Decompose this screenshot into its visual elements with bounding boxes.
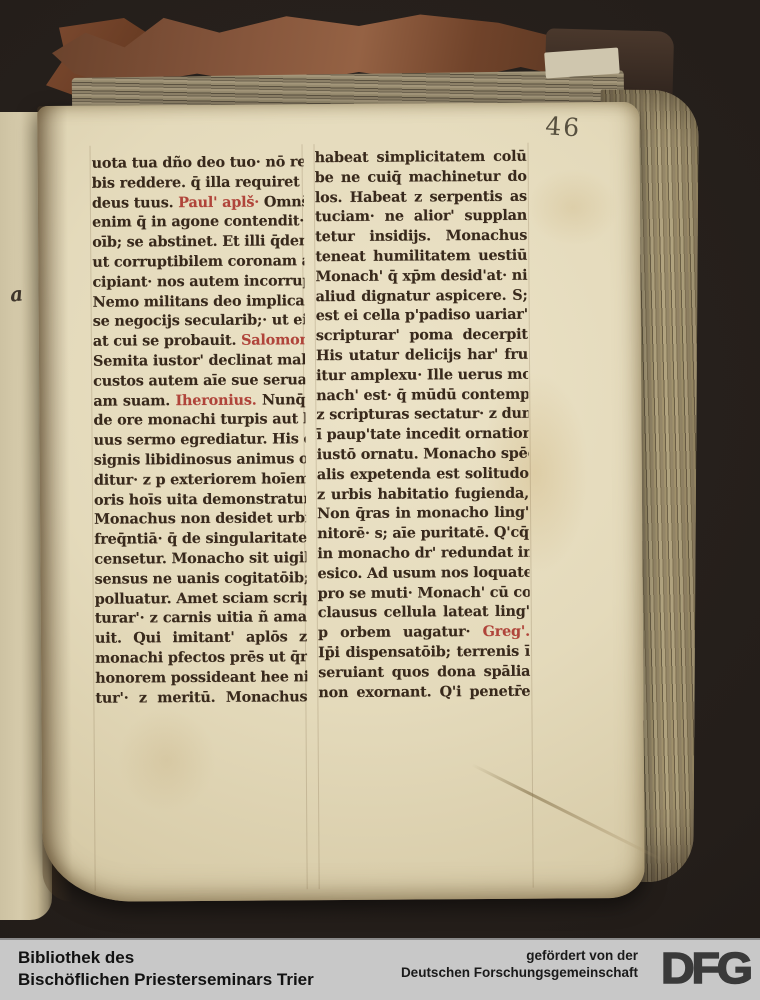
manuscript-line: alis expetenda est solitudo [317, 463, 529, 484]
manuscript-line: ut corruptibilem coronam ac [92, 251, 304, 272]
manuscript-line: est ei cella p'padiso uariar' [316, 305, 528, 326]
manuscript-line: honorem possideant hee nitan [95, 667, 307, 688]
manuscript-line: nitorē· s; aīe puritatē. Q'cq̄d [317, 523, 529, 544]
gutter-shadow [37, 106, 73, 902]
manuscript-line: uit. Qui imitant' aplōs z [95, 627, 307, 648]
manuscript-line: monachi pfectos prēs ut q̄r' [95, 647, 307, 668]
manuscript-line: se negocijs secularib;· ut ei place [93, 311, 305, 332]
funding-attribution: gefördert von der Deutschen Forschungsge… [401, 948, 638, 981]
digitized-manuscript-photo: a 46 uota tua dño deo tuo· nō retarbis r… [0, 0, 760, 1000]
manuscript-line: iustō ornatu. Monacho spēci [317, 444, 529, 465]
manuscript-line: turar'· z carnis uitia ñ ama [95, 608, 307, 629]
manuscript-line: bis reddere. q̄ illa requiret dñs [92, 172, 304, 193]
manuscript-line: uota tua dño deo tuo· nō retar [92, 152, 304, 173]
library-line2: Bischöflichen Priesterseminars Trier [18, 969, 314, 991]
manuscript-line: clausus cellula lateat ling' [318, 602, 530, 623]
manuscript-line: ditur· z p exteriorem hoīem intī [94, 469, 306, 490]
manuscript-line: custos autem aīe sue seruat ui [93, 370, 305, 391]
manuscript-line: ī paup'tate incedit ornatior [316, 424, 528, 445]
manuscript-line: nach' est· q̄ mūdū contempnit [316, 384, 528, 405]
rubric-text: Greg'. [483, 623, 530, 640]
manuscript-line: p orbem uagatur· Greg'. [318, 622, 530, 643]
manuscript-line: tetur insidijs. Monachus [315, 226, 527, 247]
manuscript-line: be ne cuiq̄ machinetur do [315, 166, 527, 187]
manuscript-line: esico. Ad usum nos loquates [317, 562, 529, 583]
funding-line1: gefördert von der [401, 948, 638, 965]
manuscript-line: oris hoīs uita demonstratur. [94, 489, 306, 510]
manuscript-line: censetur. Monacho sit uigil [94, 548, 306, 569]
manuscript-line: am suam. Iheronius. Nunq̄ [93, 390, 305, 411]
manuscript-line: non exornant. Q'i penetr̄e [318, 681, 530, 702]
manuscript-line: Monach' q̄ xp̄m desid'at· nich' [315, 265, 527, 286]
library-line1: Bibliothek des [18, 947, 314, 969]
manuscript-line: Nemo militans deo implicat [93, 291, 305, 312]
manuscript-line: His utatur delicijs har' fru [316, 345, 528, 366]
manuscript-line: los. Habeat z serpentis as [315, 186, 527, 207]
manuscript-line: itur amplexu· Ille uerus mo [316, 364, 528, 385]
rubric-text: Paul' aplš· [178, 193, 259, 211]
parchment-crease [471, 763, 665, 862]
manuscript-line: in monacho dr' redundat in [317, 543, 529, 564]
manuscript-line: sensus ne uanis cogitatōib; [94, 568, 306, 589]
funding-line2: Deutschen Forschungsgemeinschaft [401, 965, 638, 982]
manuscript-line: freq̄ntiā· q̄ de singularitate [94, 528, 306, 549]
text-column-left: uota tua dño deo tuo· nō retarbis redder… [92, 152, 308, 708]
manuscript-line: aliud dignatur aspicere. S; [315, 285, 527, 306]
manuscript-line: z scripturas sectatur· z dum [316, 404, 528, 425]
manuscript-line: Semita iustor' declinat mala [93, 350, 305, 371]
manuscript-line: de ore monachi turpis aut lasci [93, 410, 305, 431]
manuscript-line: Ip̄i dispensatōib; terrenis ī [318, 642, 530, 663]
manuscript-line: z urbis habitatio fugienda, [317, 483, 529, 504]
manuscript-line: habeat simplicitatem colū [315, 147, 527, 168]
protruding-paper-edge [544, 47, 620, 78]
manuscript-line: scripturar' poma decerpit [316, 325, 528, 346]
manuscript-line: teneat humilitatem uestiū [315, 246, 527, 267]
manuscript-line: tur'· z meritū. Monachus [95, 687, 307, 708]
manuscript-line: oīb; se abstinet. Et illi q̄dem [92, 231, 304, 252]
manuscript-line: enim q̄ in agone contendit· ab [92, 212, 304, 233]
manuscript-line: signis libidinosus animus ostē [94, 449, 306, 470]
manuscript-line: Non q̄ras in monacho ling' [317, 503, 529, 524]
folio-number: 46 [545, 111, 583, 142]
manuscript-line: at cui se probauit. Salomon· [93, 330, 305, 351]
digitization-banner: Bibliothek des Bischöflichen Priestersem… [0, 938, 760, 1000]
rubric-text: Salomon· [241, 331, 305, 349]
manuscript-line: tuciam· ne alior' supplan [315, 206, 527, 227]
text-column-right: habeat simplicitatem colūbe ne cuiq̄ mac… [315, 147, 531, 703]
manuscript-line: pro se muti· Monach' cū corpe [318, 582, 530, 603]
manuscript-line: seruiant quos dona spālia [318, 661, 530, 682]
manuscript-line: uus sermo egrediatur. His eñ [93, 429, 305, 450]
rubric-text: Iheronius. [175, 391, 256, 409]
manuscript-line: cipiant· nos autem incorruptā [92, 271, 304, 292]
manuscript-page: 46 uota tua dño deo tuo· nō retarbis red… [37, 102, 645, 902]
manuscript-line: deus tuus. Paul' aplš· Omns̄ [92, 192, 304, 213]
dfg-logo: DFG [661, 944, 750, 994]
manuscript-line: Monachus non desidet urbiū [94, 509, 306, 530]
manuscript-line: polluatur. Amet sciam scrip [95, 588, 307, 609]
facing-page-letter-fragment: a [9, 281, 24, 306]
library-attribution: Bibliothek des Bischöflichen Priestersem… [18, 947, 314, 990]
